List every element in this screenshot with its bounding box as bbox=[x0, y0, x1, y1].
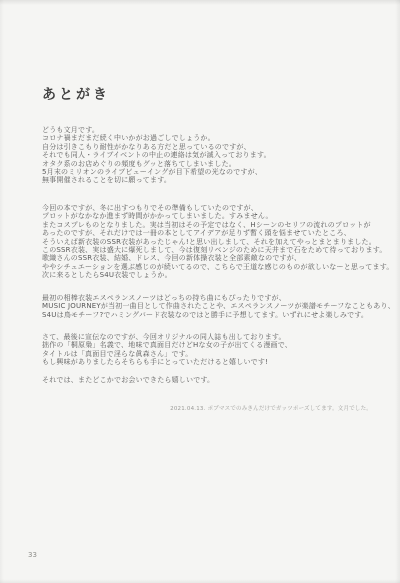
text-line: それでは、またどこかでお会いできたら嬉しいです。 bbox=[42, 376, 380, 384]
text-line: もし興味がありましたらそちらも手にとっていただけると嬉しいです! bbox=[42, 358, 380, 366]
text-line: オタク系のお店めぐりの頻度もグッと落ちてしまいました。 bbox=[42, 160, 380, 168]
page-number: 33 bbox=[28, 551, 37, 559]
paragraph-greeting: どうも文月です。 コロナ禍まだまだ続く中いかがお過ごしでしょうか。 自分は引きこ… bbox=[42, 126, 380, 185]
text-line: 自分は引きこもり耐性がかなりある方だと思っているのですが、 bbox=[42, 143, 380, 151]
text-line: プロットがなかなか進まず時間がかかってしまいました。すみません。 bbox=[42, 212, 380, 220]
afterword-title: あとがき bbox=[42, 84, 110, 104]
text-line: タイトルは「真面目で淫らな眞森さん」です。 bbox=[42, 350, 380, 358]
scanned-page: あとがき どうも文月です。 コロナ禍まだまだ続く中いかがお過ごしでしょうか。 自… bbox=[0, 0, 400, 583]
text-line: 歌織さんのSSR衣装、結婚、ドレス、今回の新体操衣装と全部素敵なのですが、 bbox=[42, 254, 380, 262]
paragraph-costume-speculation: 最初の相棒衣装エスペランスノーツはどっちの持ち曲にもぴったりですが、 MUSIC… bbox=[42, 294, 380, 319]
text-line: ややシチュエーションを選ぶ感じのが続いてるので、こちらで王道な感じのものが欲しい… bbox=[42, 263, 380, 271]
signoff-date-line: 2021.04.13. ポプマスでのみきんだけでガッツポーズしてます。文月でした… bbox=[170, 404, 372, 412]
text-line: それでも同人・ライブイベントの中止の連絡は気が滅入っております。 bbox=[42, 151, 380, 159]
text-line: S4Uは鳥モチーフ?でハミングバード衣装なのではと勝手に予想してます。いずれにせ… bbox=[42, 311, 380, 319]
text-line: あったのですが、それだけでは一冊の本としてアイデアが足りず暫く頭を悩ませていたと… bbox=[42, 229, 380, 237]
text-line: 無事開催されることを切に願ってます。 bbox=[42, 176, 380, 184]
text-line: 拙作の「桐原梟」名義で、地味で真面目だけどHな女の子が出てくる漫画で、 bbox=[42, 341, 380, 349]
text-line: そういえば新衣装のSSR衣装があったじゃん!と思い出しまして、それを加えてやっと… bbox=[42, 238, 380, 246]
text-line: 次に来るとしたらS4U衣装でしょうか。 bbox=[42, 271, 380, 279]
text-line: コロナ禍まだまだ続く中いかがお過ごしでしょうか。 bbox=[42, 134, 380, 142]
text-line: またコスプレものとなりました。実は当初はその予定ではなく、Hシーンのセリフの流れ… bbox=[42, 221, 380, 229]
text-line: MUSIC JOURNEYが当初一曲目として作曲されたことや、エスペランスノーツ… bbox=[42, 302, 380, 310]
paragraph-book-production: 今回の本ですが、冬に出すつもりでその準備もしていたのですが、 プロットがなかなか… bbox=[42, 204, 380, 280]
paragraph-promotion: さて、最後に宣伝なのですが、今回オリジナルの同人誌も出しております。 拙作の「桐… bbox=[42, 333, 380, 367]
paragraph-farewell: それでは、またどこかでお会いできたら嬉しいです。 bbox=[42, 376, 380, 384]
